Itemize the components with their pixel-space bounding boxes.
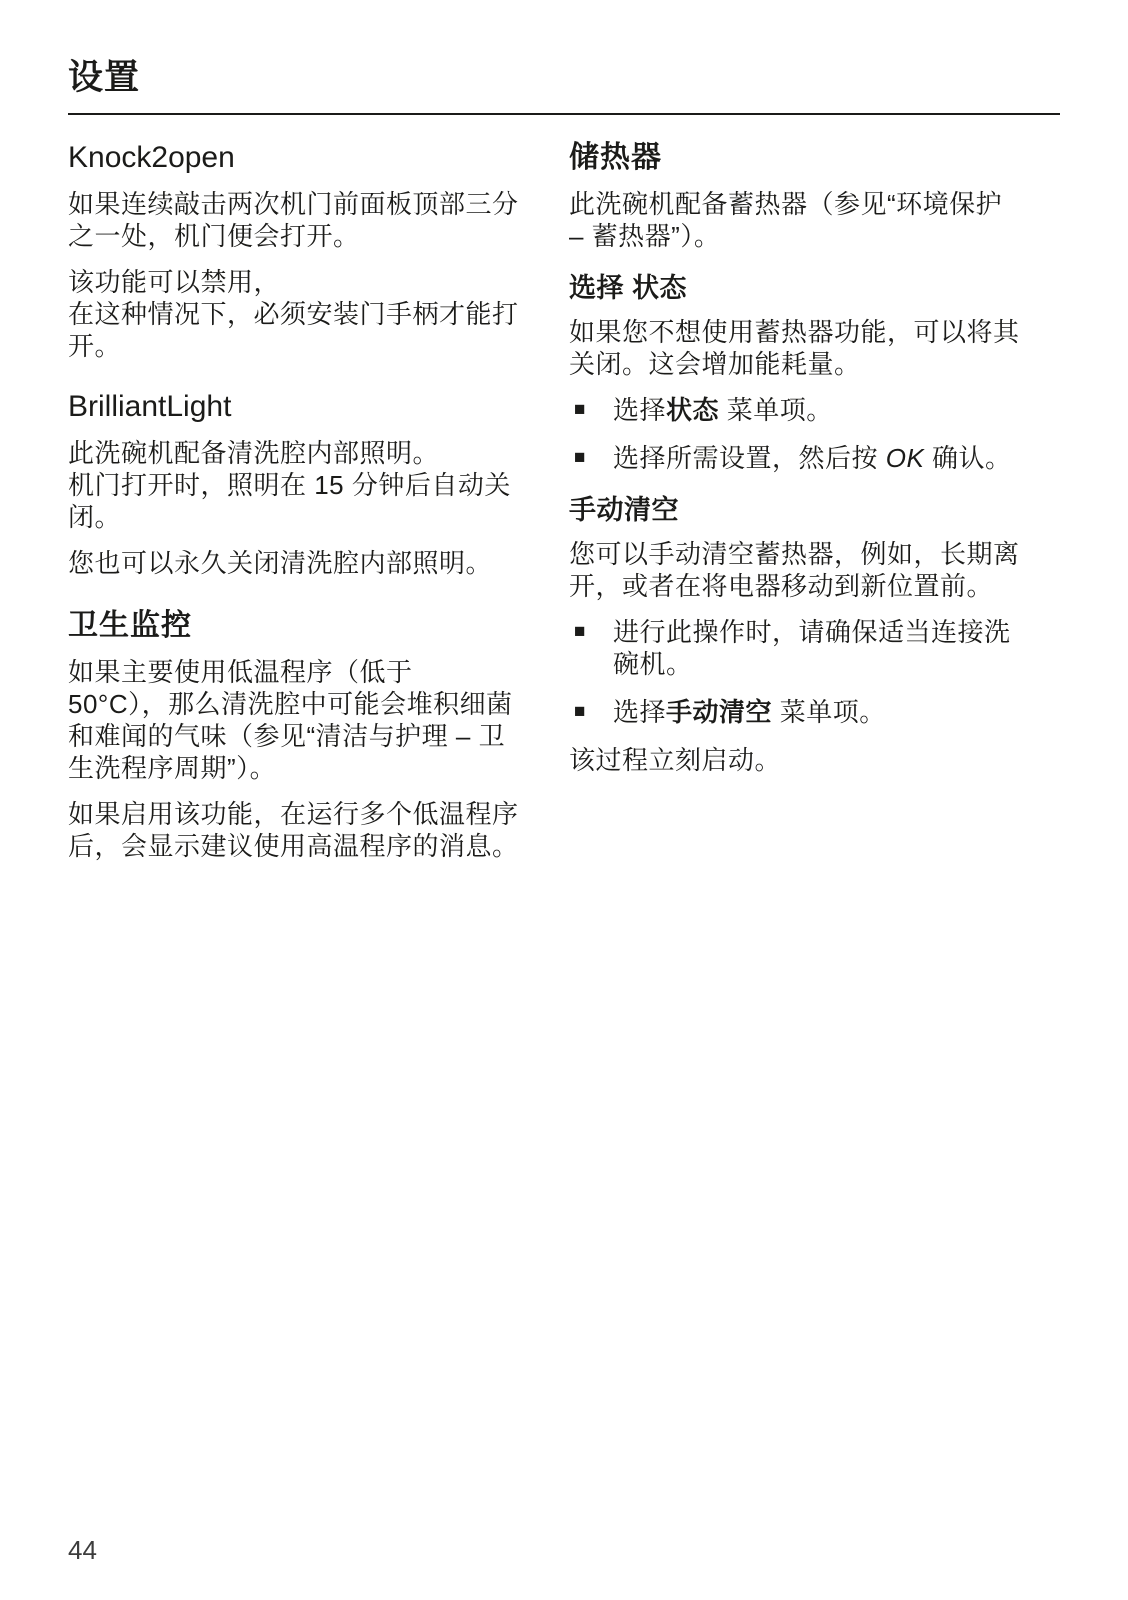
bullet-square-icon: ■ [569, 442, 613, 474]
subheading-manual-empty: 手动清空 [569, 494, 1020, 526]
paragraph: 此洗碗机配备清洗腔内部照明。 机门打开时，照明在 15 分钟后自动关闭。 [68, 437, 519, 533]
bullet-square-icon: ■ [569, 394, 613, 426]
list-item: ■ 选择状态 菜单项。 [569, 394, 1020, 426]
menu-item-name: 手动清空 [666, 697, 772, 727]
text-run: 如果启用该功能，在运行多个低温程序后，会显示建议使用高温程序的消息。 [68, 799, 519, 861]
section-heading-knock2open: Knock2open [68, 141, 519, 175]
bullet-text: 选择状态 菜单项。 [613, 394, 1020, 426]
paragraph: 该过程立刻启动。 [569, 744, 1020, 776]
text-run: 此洗碗机配备蓄热器（参见“环境保护 – 蓄热器”）。 [569, 189, 1002, 251]
paragraph: 您也可以永久关闭清洗腔内部照明。 [68, 547, 519, 579]
text-run: 您可以手动清空蓄热器，例如，长期离开，或者在将电器移动到新位置前。 [569, 539, 1020, 601]
text-line: 在这种情况下，必须安装门手柄才能打开。 [68, 299, 519, 361]
list-item: ■ 进行此操作时，请确保适当连接洗碗机。 [569, 616, 1020, 680]
text-run: 确认。 [924, 443, 1011, 473]
paragraph: 如果连续敲击两次机门前面板顶部三分之一处，机门便会打开。 [68, 188, 519, 252]
text-run: 选择 [613, 697, 666, 727]
bullet-text: 进行此操作时，请确保适当连接洗碗机。 [613, 616, 1020, 680]
list-item: ■ 选择所需设置，然后按 OK 确认。 [569, 442, 1020, 474]
two-column-layout: Knock2open 如果连续敲击两次机门前面板顶部三分之一处，机门便会打开。 … [68, 141, 1060, 876]
section-hygiene-monitor: 卫生监控 如果主要使用低温程序（低于 50°C），那么清洗腔中可能会堆积细菌和难… [68, 609, 519, 862]
title-rule [68, 113, 1060, 115]
text-run: 如果连续敲击两次机门前面板顶部三分之一处，机门便会打开。 [68, 189, 519, 251]
paragraph: 如果您不想使用蓄热器功能，可以将其关闭。这会增加能耗量。 [569, 316, 1020, 380]
section-heading-hygiene: 卫生监控 [68, 609, 519, 643]
text-run: 选择 [613, 395, 666, 425]
list-item: ■ 选择手动清空 菜单项。 [569, 696, 1020, 728]
text-run: 进行此操作时，请确保适当连接洗碗机。 [613, 617, 1011, 679]
text-run: 菜单项。 [772, 697, 886, 727]
page-title: 设置 [68, 58, 1060, 98]
section-heading-heat-store: 储热器 [569, 141, 1020, 175]
text-line: 机门打开时，照明在 15 分钟后自动关闭。 [68, 470, 511, 532]
bullet-text: 选择手动清空 菜单项。 [613, 696, 1020, 728]
paragraph: 此洗碗机配备蓄热器（参见“环境保护 – 蓄热器”）。 [569, 188, 1020, 252]
paragraph: 如果主要使用低温程序（低于 50°C），那么清洗腔中可能会堆积细菌和难闻的气味（… [68, 656, 519, 784]
menu-item-name: 状态 [666, 395, 719, 425]
paragraph: 如果启用该功能，在运行多个低温程序后，会显示建议使用高温程序的消息。 [68, 798, 519, 862]
text-run: 该过程立刻启动。 [569, 745, 781, 775]
left-column: Knock2open 如果连续敲击两次机门前面板顶部三分之一处，机门便会打开。 … [68, 141, 519, 876]
key-name-ok: OK [886, 443, 925, 473]
text-run: 如果主要使用低温程序（低于 50°C），那么清洗腔中可能会堆积细菌和难闻的气味（… [68, 657, 513, 783]
section-knock2open: Knock2open 如果连续敲击两次机门前面板顶部三分之一处，机门便会打开。 … [68, 141, 519, 362]
section-heading-brilliantlight: BrilliantLight [68, 390, 519, 424]
bullet-square-icon: ■ [569, 616, 613, 680]
text-run: 菜单项。 [719, 395, 833, 425]
bullet-square-icon: ■ [569, 696, 613, 728]
paragraph: 您可以手动清空蓄热器，例如，长期离开，或者在将电器移动到新位置前。 [569, 538, 1020, 602]
text-line: 该功能可以禁用， [68, 267, 280, 297]
text-run: 您也可以永久关闭清洗腔内部照明。 [68, 548, 492, 578]
paragraph: 该功能可以禁用， 在这种情况下，必须安装门手柄才能打开。 [68, 266, 519, 362]
text-line: 此洗碗机配备清洗腔内部照明。 [68, 438, 439, 468]
subheading-select-status: 选择 状态 [569, 272, 1020, 304]
bullet-text: 选择所需设置，然后按 OK 确认。 [613, 442, 1020, 474]
text-run: 如果您不想使用蓄热器功能，可以将其关闭。这会增加能耗量。 [569, 317, 1020, 379]
right-column: 储热器 此洗碗机配备蓄热器（参见“环境保护 – 蓄热器”）。 选择 状态 如果您… [569, 141, 1020, 876]
section-brilliantlight: BrilliantLight 此洗碗机配备清洗腔内部照明。 机门打开时，照明在 … [68, 390, 519, 579]
page-number: 44 [68, 1535, 97, 1566]
manual-page: 设置 Knock2open 如果连续敲击两次机门前面板顶部三分之一处，机门便会打… [0, 0, 1128, 1600]
text-run: 选择所需设置，然后按 [613, 443, 886, 473]
section-heat-store: 储热器 此洗碗机配备蓄热器（参见“环境保护 – 蓄热器”）。 选择 状态 如果您… [569, 141, 1020, 776]
